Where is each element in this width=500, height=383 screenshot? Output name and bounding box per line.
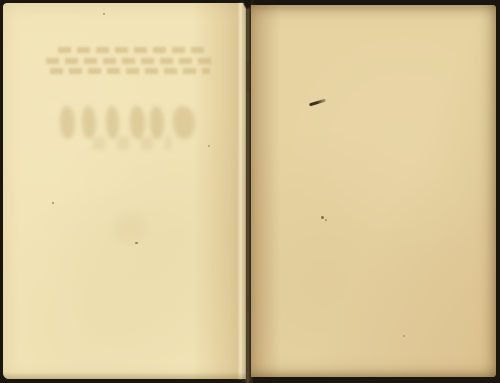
paper-speck [325, 219, 327, 221]
showthrough-glyph [82, 106, 96, 139]
showthrough-title-glyphs [60, 106, 202, 139]
showthrough-emblem [113, 213, 147, 243]
book-scan [0, 0, 500, 383]
showthrough-text-line [50, 68, 210, 74]
ink-stroke-mark [309, 99, 326, 106]
showthrough-text-line [58, 47, 205, 53]
paper-speck [52, 202, 54, 204]
showthrough-text-line [46, 58, 214, 64]
binding-stitch [247, 62, 249, 92]
showthrough-glyph [60, 106, 75, 139]
paper-speck [403, 335, 405, 337]
showthrough-glyph [173, 106, 195, 139]
right-page [251, 5, 496, 377]
paper-speck [321, 216, 324, 219]
binding-stitch [247, 295, 249, 313]
paper-speck [103, 13, 105, 15]
showthrough-subtitle [93, 137, 171, 150]
showthrough-glyph [130, 106, 145, 139]
showthrough-glyph [150, 106, 164, 139]
left-page [3, 3, 246, 379]
paper-speck [135, 242, 138, 244]
paper-speck [208, 145, 210, 147]
showthrough-glyph [106, 106, 119, 139]
